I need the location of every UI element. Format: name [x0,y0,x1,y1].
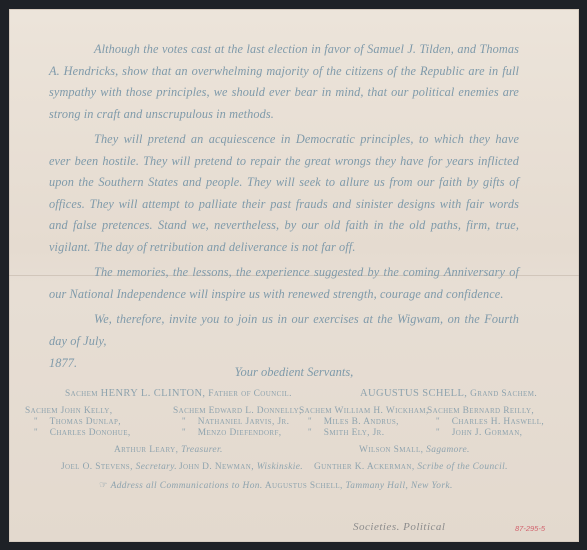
secretary-line: Joel O. Stevens, Secretary. [61,462,177,472]
sachem-entry: Sachem Edward L. Donnelly, [173,406,302,417]
sachem-entry: " Miles B. Andrus, [299,417,429,428]
sachem-entry: Sachem Bernard Reilly, [427,406,544,417]
sachem-entry: Sachem John Kelly, [25,406,131,417]
sachem-entry: Sachem William H. Wickham, [299,406,429,417]
address-line: ☞ Address all Communications to Hon. Aug… [99,480,453,491]
pointing-hand-icon: ☞ [99,481,108,491]
signatory-title: Father of Council. [208,389,292,399]
paragraph-4: We, therefore, invite you to join us in … [49,309,519,352]
sachem-column-2: Sachem Edward L. Donnelly, " Nathaniel J… [173,406,302,439]
handwritten-note: Societies. Political [353,521,445,533]
letter-body: Although the votes cast at the last elec… [49,39,519,379]
paragraph-1: Although the votes cast at the last elec… [49,39,519,125]
sachem-column-1: Sachem John Kelly, " Thomas Dunlap, " Ch… [25,406,131,439]
signatory-name: HENRY L. CLINTON, [101,388,206,399]
signatory-name: AUGUSTUS SCHELL, [360,388,467,399]
sachem-entry: " Charles H. Haswell, [427,417,544,428]
paragraph-2: They will pretend an acquiescence in Dem… [49,129,519,258]
sachem-entry: " Menzo Diefendorf, [173,428,302,439]
sachem-entry: " Smith Ely, Jr. [299,428,429,439]
wiskinskie-line: John D. Newman, Wiskinskie. [179,462,303,472]
father-of-council-line: Sachem HENRY L. CLINTON, Father of Counc… [65,388,292,399]
closing-salutation: Your obedient Servants, [9,365,579,380]
sagamore-line: Wilson Small, Sagamore. [359,445,470,455]
signatory-title: Grand Sachem. [470,389,537,399]
scribe-line: Gunther K. Ackerman, Scribe of the Counc… [314,462,508,472]
sachem-entry: " Nathaniel Jarvis, Jr. [173,417,302,428]
sachem-column-3: Sachem William H. Wickham, " Miles B. An… [299,406,429,439]
sachem-column-4: Sachem Bernard Reilly, " Charles H. Hasw… [427,406,544,439]
sachem-entry: " Charles Donohue, [25,428,131,439]
sachem-entry: " Thomas Dunlap, [25,417,131,428]
treasurer-line: Arthur Leary, Treasurer. [114,445,223,455]
sachem-entry: " John J. Gorman, [427,428,544,439]
paragraph-3: The memories, the lessons, the experienc… [49,262,519,305]
catalog-number: 87-295-5 [515,524,545,533]
document-paper: Although the votes cast at the last elec… [9,9,579,542]
grand-sachem-line: AUGUSTUS SCHELL, Grand Sachem. [360,388,537,399]
